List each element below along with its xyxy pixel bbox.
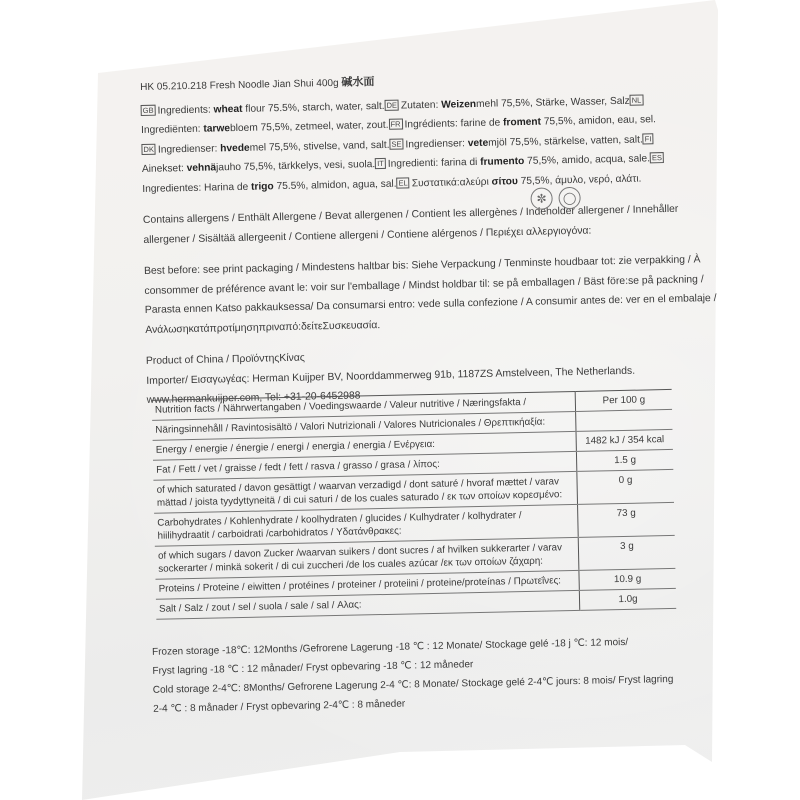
ingredient-text: 75.5%, almidon, agua, sal. bbox=[274, 178, 397, 192]
ingredient-text: Ingrediënten: bbox=[141, 124, 204, 136]
product-label: HK 05.210.218 Fresh Noodle Jian Shui 400… bbox=[140, 67, 677, 411]
language-code-badge: SE bbox=[389, 138, 403, 149]
nutrition-table: Nutrition facts / Nährwertangaben / Voed… bbox=[152, 389, 676, 620]
ingredient-entry: FRIngrédients: farine de froment 75,5%, … bbox=[388, 114, 656, 131]
allergen-word: tarwe bbox=[203, 123, 230, 135]
ingredient-entry: GBIngredients: wheat flour 75.5%, starch… bbox=[141, 100, 385, 116]
best-before-block: Best before: see print packaging / Minde… bbox=[144, 251, 676, 340]
ingredient-text: 75,5%, amidon, eau, sel. bbox=[541, 114, 656, 127]
allergen-word: froment bbox=[503, 117, 541, 129]
ingredient-text: mel 75,5%, stivelse, vand, salt. bbox=[250, 139, 390, 153]
language-code-badge: DE bbox=[384, 99, 399, 110]
allergen-word: frumento bbox=[480, 156, 524, 168]
language-code-badge: FR bbox=[388, 119, 402, 130]
nutrient-value: 1482 kJ / 354 kcal bbox=[576, 429, 673, 451]
language-code-badge: ES bbox=[650, 152, 664, 163]
nutrient-value: 0 g bbox=[577, 469, 674, 504]
nutrition-per-label: Per 100 g bbox=[575, 389, 672, 411]
ingredient-text: flour 75.5%, starch, water, salt. bbox=[242, 100, 384, 114]
ingredient-text: Συστατικά:αλεύρι bbox=[412, 176, 492, 189]
ingredient-text: Ingredienti: farina di bbox=[388, 157, 481, 170]
storage-block: Frozen storage -18℃: 12Months /Gefrorene… bbox=[152, 632, 674, 719]
ingredient-entry: SEIngredienser: vetemjöl 75,5%, stärkels… bbox=[389, 134, 642, 150]
language-code-badge: DK bbox=[141, 143, 156, 154]
ingredient-text: Ingredients: bbox=[157, 104, 213, 116]
allergens-block: Contains allergens / Enthält Allergene /… bbox=[143, 200, 674, 250]
ingredient-entry: ELΣυστατικά:αλεύρι σίτου 75,5%, άμυλο, ν… bbox=[396, 173, 641, 189]
allergen-word: σίτου bbox=[492, 176, 518, 188]
allergen-word: vete bbox=[468, 137, 489, 148]
language-code-badge: FI bbox=[643, 133, 654, 144]
wheat-icon: ✼ bbox=[530, 187, 552, 209]
ingredient-entry: DEZutaten: Weizenmehl 75,5%, Stärke, Was… bbox=[384, 95, 629, 111]
ingredient-text: mehl 75,5%, Stärke, Wasser, Salz bbox=[476, 95, 630, 109]
allergen-word: trigo bbox=[251, 181, 274, 192]
language-code-badge: NL bbox=[630, 94, 644, 105]
nutrient-value: 1.5 g bbox=[576, 449, 673, 471]
ingredient-text: Ingredientes: Harina de bbox=[142, 181, 251, 194]
ingredient-text: Ingredienser: bbox=[405, 138, 468, 150]
nutrient-value: 10.9 g bbox=[579, 568, 676, 590]
product-chinese-name: 碱水面 bbox=[341, 76, 374, 89]
allergen-word: vehnä bbox=[187, 162, 217, 174]
nutrient-value: 1.0g bbox=[579, 588, 676, 610]
ingredient-text: bloem 75,5%, zetmeel, water, zout. bbox=[230, 120, 389, 134]
ingredient-text: Ingredienser: bbox=[158, 143, 221, 155]
ingredient-text: Ainekset: bbox=[142, 163, 187, 175]
nutrient-value bbox=[576, 409, 673, 431]
ingredient-text: jauho 75,5%, tärkkelys, vesi, suola. bbox=[216, 159, 375, 173]
ingredient-text: Ingrédients: farine de bbox=[404, 117, 503, 130]
nutrient-value: 73 g bbox=[578, 502, 675, 537]
ingredient-entry: ITIngredienti: farina di frumento 75,5%,… bbox=[375, 153, 650, 170]
ingredient-text: 75,5%, άμυλο, νερό, αλάτι. bbox=[518, 173, 642, 187]
language-code-badge: EL bbox=[396, 177, 409, 188]
ingredient-text: mjöl 75,5%, stärkelse, vatten, salt. bbox=[488, 134, 643, 148]
allergen-icons: ✼ ◯ bbox=[530, 187, 580, 210]
allergen-word: hvede bbox=[220, 142, 250, 154]
ingredient-text: Zutaten: bbox=[401, 99, 441, 111]
allergen-word: Weizen bbox=[441, 98, 476, 110]
egg-icon: ◯ bbox=[558, 187, 580, 209]
ingredient-entry: DKIngredienser: hvedemel 75,5%, stivelse… bbox=[141, 139, 389, 155]
ingredient-text: 75,5%, amido, acqua, sale. bbox=[524, 153, 650, 167]
ingredients-block: GBIngredients: wheat flour 75.5%, starch… bbox=[140, 90, 672, 199]
nutrient-value: 3 g bbox=[578, 535, 675, 570]
language-code-badge: IT bbox=[375, 158, 386, 169]
language-code-badge: GB bbox=[141, 104, 156, 115]
product-code-title: HK 05.210.218 Fresh Noodle Jian Shui 400… bbox=[140, 78, 339, 93]
allergen-word: wheat bbox=[213, 103, 242, 115]
